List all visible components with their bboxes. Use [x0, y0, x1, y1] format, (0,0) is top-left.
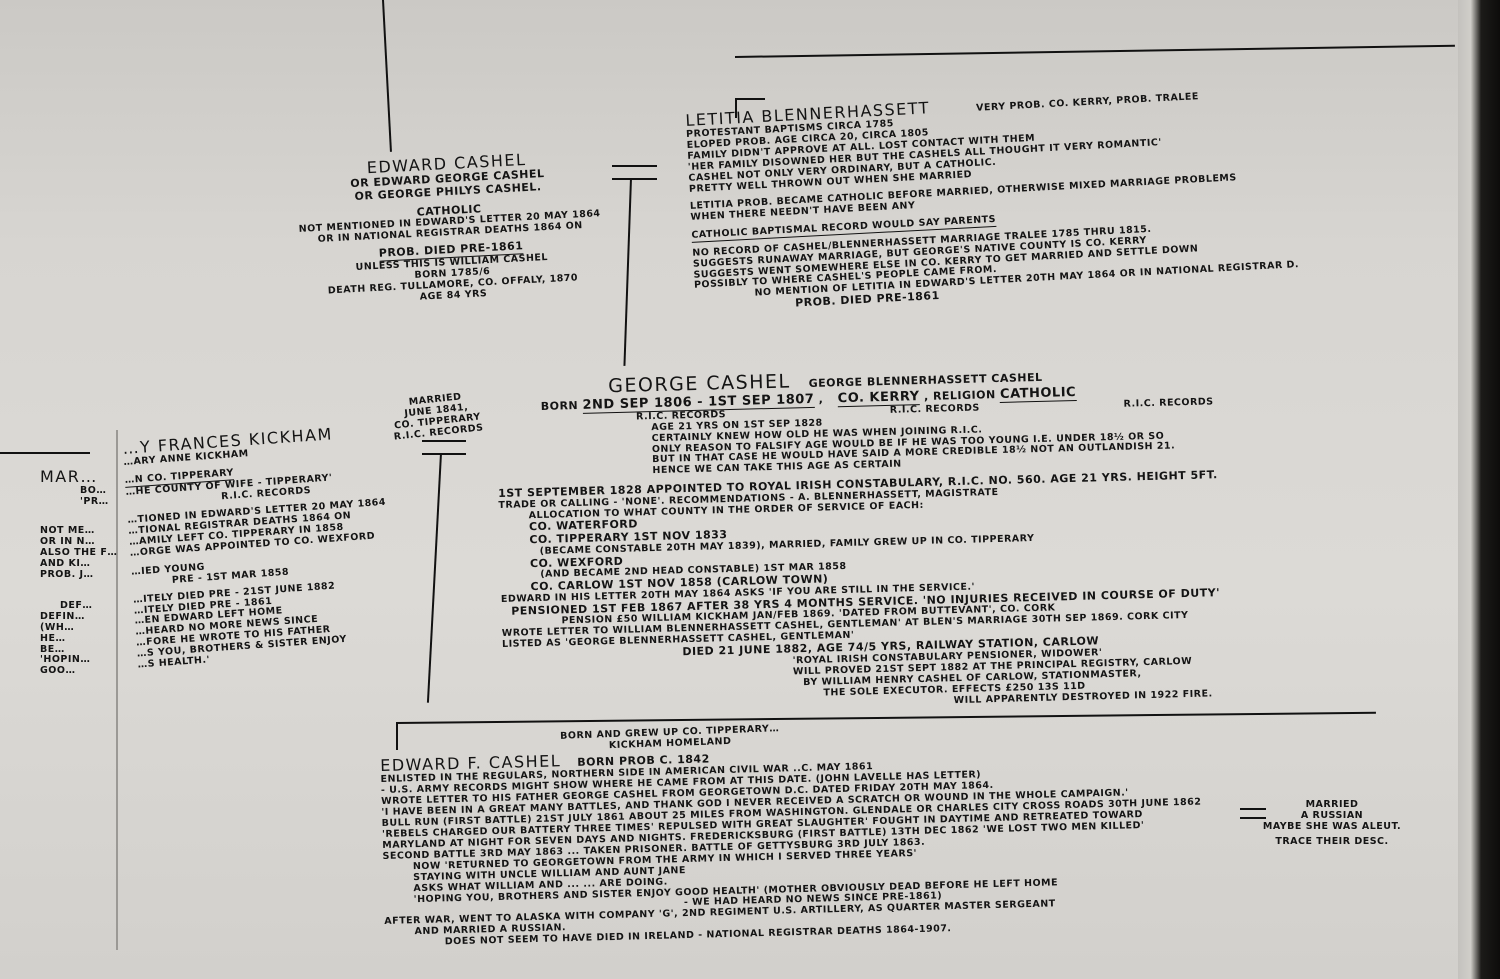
born-label: Born — [541, 399, 579, 413]
person-edward-cashel-sr: Edward Cashel or Edward George Cashel or… — [236, 144, 663, 312]
marriage-symbol-2b — [422, 453, 466, 455]
person-kickham: …y Frances Kickham …ary Anne Kickham …n … — [122, 422, 397, 672]
spouse-line: Maybe she was Aleut. — [1262, 822, 1402, 833]
marriage-symbol-2a — [422, 440, 466, 442]
person-george-cashel: George Cashel George Blennerhassett Cash… — [540, 360, 1215, 480]
person-edward-f-cashel: Edward F. Cashel Born prob c. 1842 Enlis… — [380, 736, 1205, 951]
spouse-line: Trace their desc. — [1262, 837, 1402, 848]
tree-line-letitia-tick-h — [735, 98, 765, 100]
person-russian-spouse: Married a Russian Maybe she was Aleut. T… — [1262, 800, 1402, 848]
tree-line-edward-f-tick — [396, 722, 398, 750]
religion-label: , Religion — [924, 388, 996, 403]
page-edge-binding — [1458, 0, 1500, 979]
partial-page-clip — [0, 430, 118, 950]
person-letitia-blennerhassett: Letitia Blennerhassett very prob. Co. Ke… — [685, 80, 1300, 315]
george-service-record: 1st September 1828 appointed to Royal Ir… — [498, 469, 1224, 718]
